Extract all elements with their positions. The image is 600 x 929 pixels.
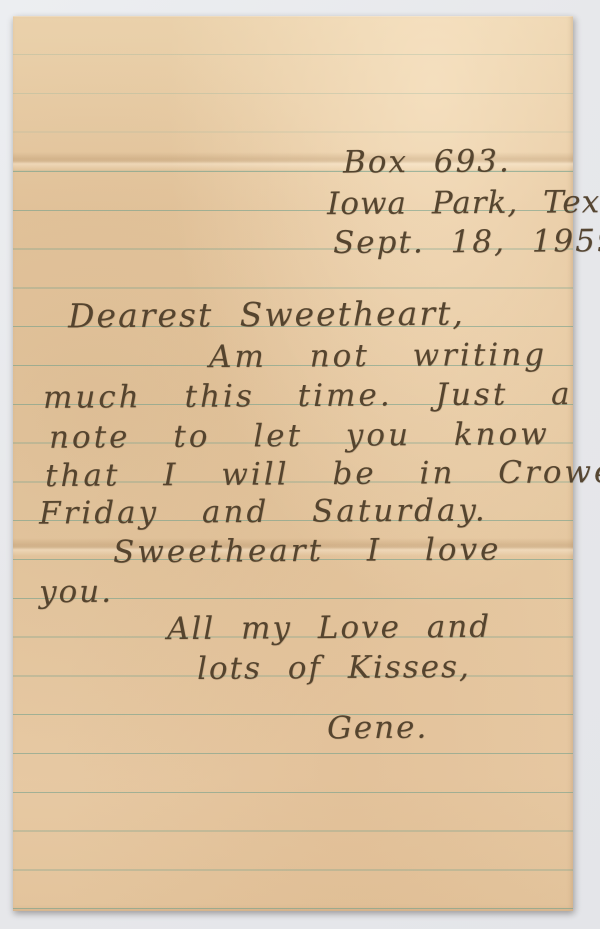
salutation: Dearest Sweetheart, [68,294,465,336]
body-line: Am not writing [209,337,547,375]
fold-crease-middle [13,538,573,556]
header-date: Sept. 18, 1959. [333,223,600,261]
header-po-box: Box 693. [343,143,511,180]
ruled-lines [13,171,573,911]
header-city: Iowa Park, Texas, [327,184,600,222]
body-line: Sweetheart I love [113,532,502,571]
body-line: much this time. Just a [43,376,573,416]
body-line: note to let you know [49,416,550,455]
body-line: that I will be in Crowell [45,454,600,494]
body-line: Friday and Saturday. [39,492,488,531]
scan-background: Box 693. Iowa Park, Texas, Sept. 18, 195… [0,0,600,929]
signature: Gene. [327,710,429,747]
closing-line: lots of Kisses, [197,649,471,687]
body-line: you. [39,574,113,611]
ruled-lines-faint [13,54,573,172]
closing-line: All my Love and [167,609,491,647]
letter-paper: Box 693. Iowa Park, Texas, Sept. 18, 195… [13,16,573,911]
fold-crease-top [13,152,573,170]
